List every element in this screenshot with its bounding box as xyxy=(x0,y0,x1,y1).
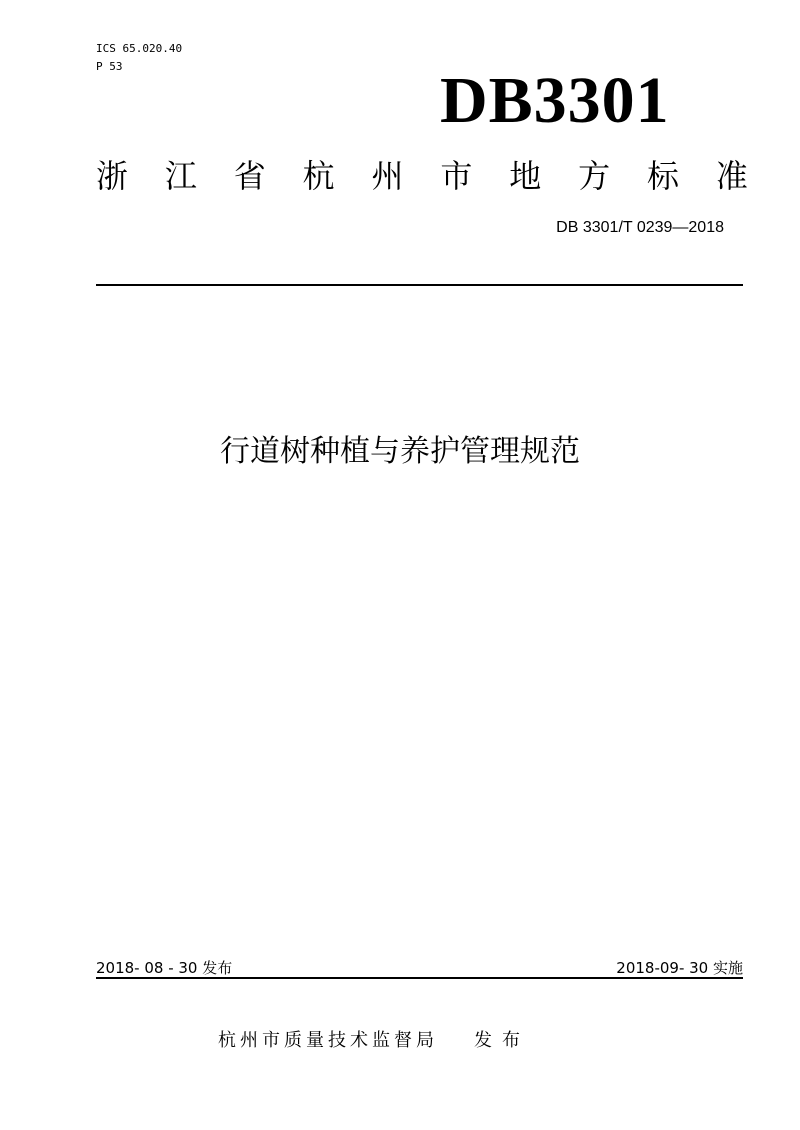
standard-type-char: 江 xyxy=(165,156,197,196)
standard-type-char: 市 xyxy=(440,156,472,196)
standard-code: DB3301 xyxy=(440,66,670,136)
top-divider xyxy=(96,284,743,286)
ccs-code: P 53 xyxy=(96,58,182,76)
publish-date: 2018- 08 - 30 发布 xyxy=(96,958,232,978)
standard-type-char: 方 xyxy=(578,156,610,196)
issuer-action: 发布 xyxy=(474,1030,530,1051)
standard-type-char: 浙 xyxy=(96,156,128,196)
standard-type-char: 准 xyxy=(716,156,748,196)
standard-type-char: 省 xyxy=(234,156,266,196)
issuer-row: 杭州市质量技术监督局发布 xyxy=(218,1030,530,1052)
document-title: 行道树种植与养护管理规范 xyxy=(0,432,800,472)
date-row: 2018- 08 - 30 发布 2018-09- 30 实施 xyxy=(96,958,743,978)
standard-type-char: 地 xyxy=(509,156,541,196)
standard-type-char: 标 xyxy=(647,156,679,196)
ics-code: ICS 65.020.40 xyxy=(96,40,182,58)
standard-number: DB 3301/T 0239—2018 xyxy=(556,218,724,238)
classification-codes: ICS 65.020.40 P 53 xyxy=(96,40,182,76)
bottom-divider xyxy=(96,977,743,979)
standard-type-char: 州 xyxy=(372,156,404,196)
standard-type-char: 杭 xyxy=(303,156,335,196)
implement-date: 2018-09- 30 实施 xyxy=(616,958,743,978)
standard-type-heading: 浙 江 省 杭 州 市 地 方 标 准 xyxy=(96,156,748,196)
issuer-name: 杭州市质量技术监督局 xyxy=(218,1030,438,1051)
